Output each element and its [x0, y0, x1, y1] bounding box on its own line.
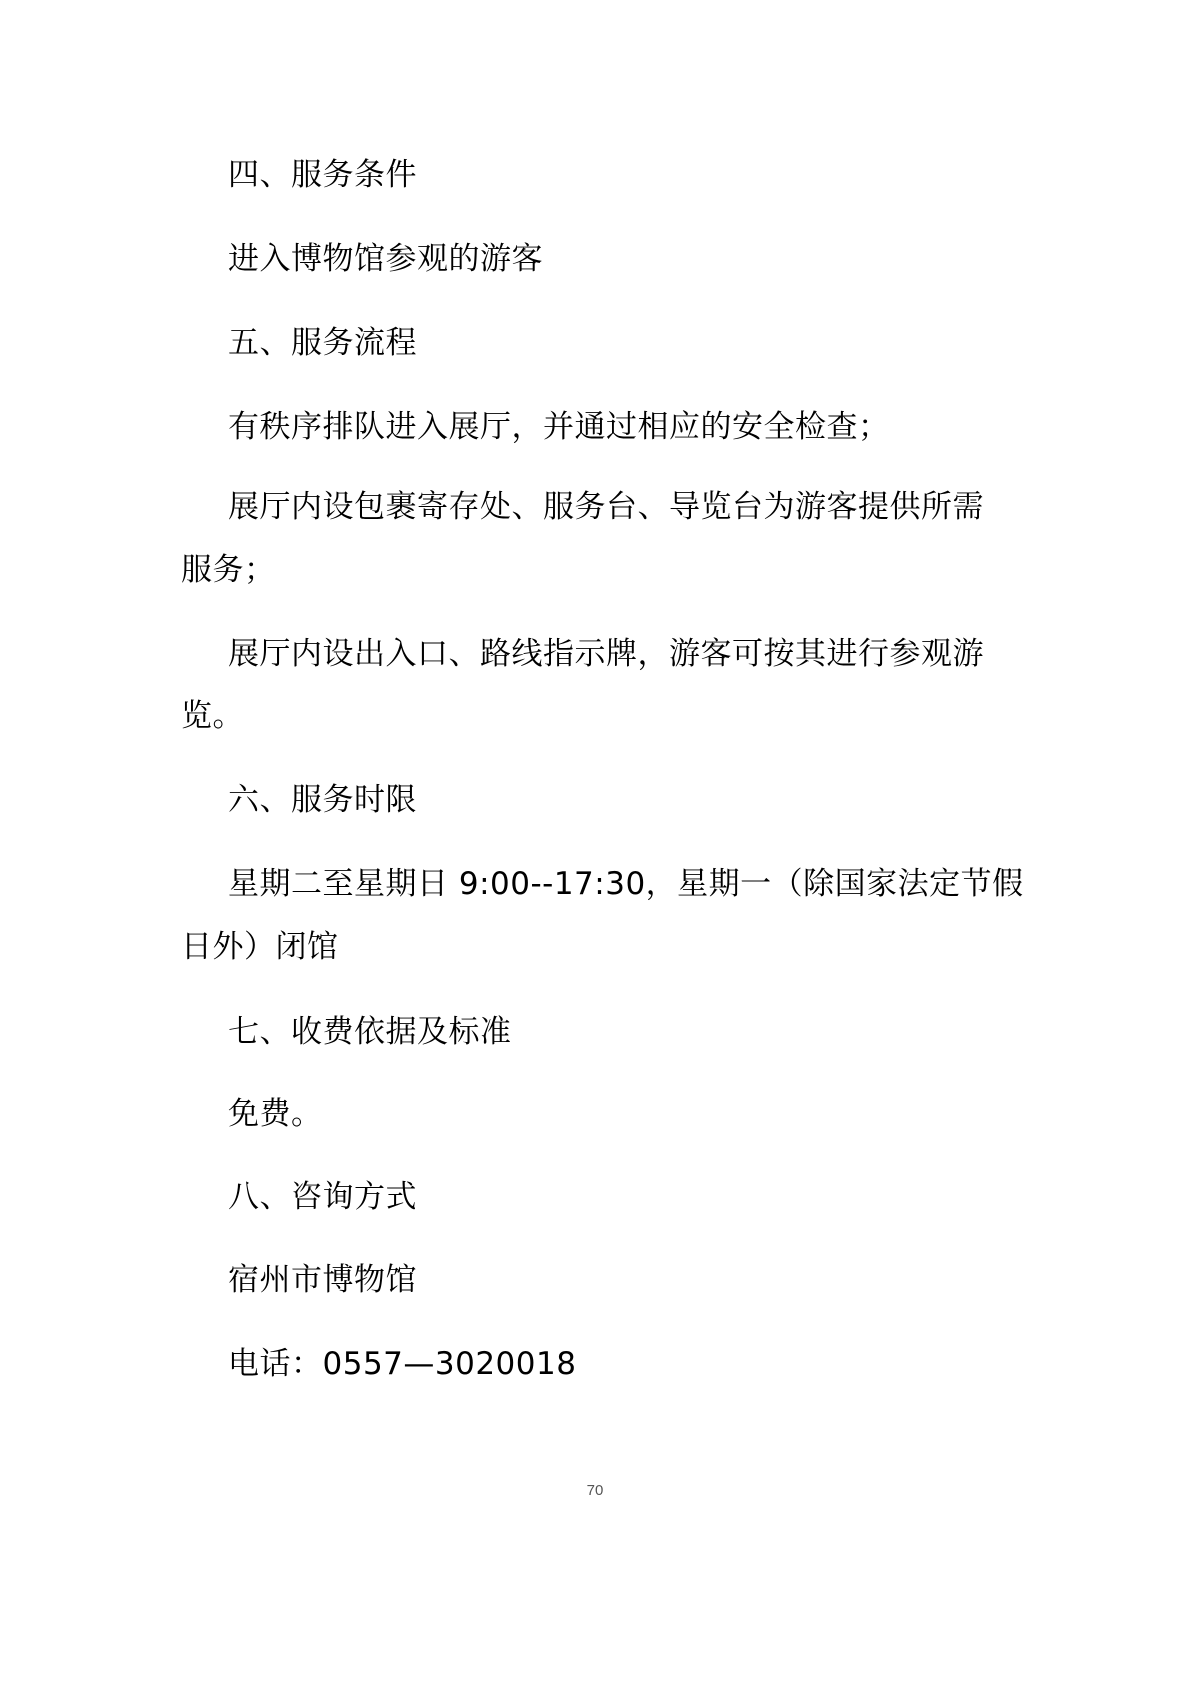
paragraph-text: 展厅内设出入口、路线指示牌，游客可按其进行参观游 — [228, 636, 984, 672]
section-heading-service-conditions: 四、服务条件 — [228, 157, 417, 193]
paragraph-text: 进入博物馆参观的游客 — [228, 241, 543, 277]
section-heading-service-process: 五、服务流程 — [228, 325, 417, 361]
section-heading-fees: 七、收费依据及标准 — [228, 1014, 512, 1050]
paragraph-text-continuation: 服务； — [181, 552, 276, 588]
paragraph-text: 展厅内设包裹寄存处、服务台、导览台为游客提供所需 — [228, 489, 984, 525]
page-number: 70 — [0, 1481, 1190, 1501]
document-page: 四、服务条件 进入博物馆参观的游客 五、服务流程 有秩序排队进入展厅，并通过相应… — [0, 0, 1190, 1683]
opening-hours-text: 星期二至星期日 9:00--17:30，星期一（除国家法定节假 — [228, 866, 1024, 902]
contact-organization: 宿州市博物馆 — [228, 1262, 417, 1298]
paragraph-text: 有秩序排队进入展厅，并通过相应的安全检查； — [228, 409, 890, 445]
paragraph-text-continuation: 览。 — [181, 698, 244, 734]
opening-hours-text-continuation: 日外）闭馆 — [181, 929, 339, 965]
section-heading-contact: 八、咨询方式 — [228, 1179, 417, 1215]
contact-phone: 电话：0557—3020018 — [228, 1346, 576, 1382]
section-heading-service-hours: 六、服务时限 — [228, 782, 417, 818]
fee-text: 免费。 — [228, 1096, 323, 1132]
